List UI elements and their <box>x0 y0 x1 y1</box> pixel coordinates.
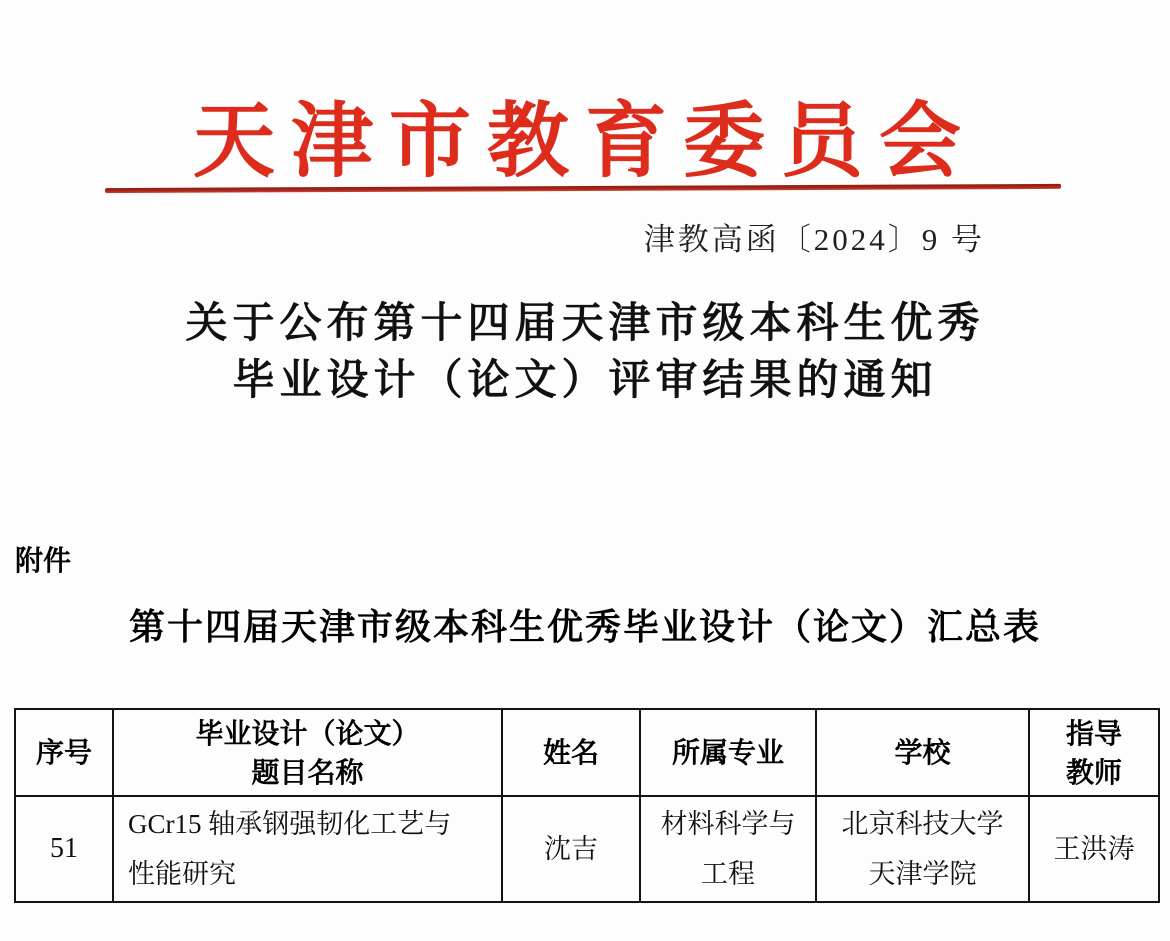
document-number: 津教高函〔2024〕9 号 <box>644 214 985 259</box>
attachment-label: 附件 <box>15 539 71 579</box>
header-school: 学校 <box>816 709 1029 796</box>
summary-table-title: 第十四届天津市级本科生优秀毕业设计（论文）汇总表 <box>0 599 1170 650</box>
summary-table: 序号 毕业设计（论文） 题目名称 姓名 所属专业 学校 指导 教师 51 GCr… <box>14 708 1160 903</box>
header-name: 姓名 <box>502 709 640 796</box>
table-row: 51 GCr15 轴承钢强韧化工艺与 性能研究 沈吉 材料科学与 工程 北京科技… <box>15 796 1159 902</box>
header-thesis-title: 毕业设计（论文） 题目名称 <box>113 709 502 796</box>
notice-title: 关于公布第十四届天津市级本科生优秀 毕业设计（论文）评审结果的通知 <box>0 296 1170 410</box>
cell-seq: 51 <box>15 796 113 902</box>
header-major: 所属专业 <box>640 709 816 796</box>
cell-name: 沈吉 <box>502 796 640 902</box>
cell-advisor: 王洪涛 <box>1029 796 1159 902</box>
cell-thesis-title: GCr15 轴承钢强韧化工艺与 性能研究 <box>113 796 502 902</box>
agency-letterhead-title: 天津市教育委员会 <box>0 76 1170 193</box>
header-advisor: 指导 教师 <box>1029 709 1159 796</box>
cell-major: 材料科学与 工程 <box>640 796 816 902</box>
header-seq: 序号 <box>15 709 113 796</box>
table-header-row: 序号 毕业设计（论文） 题目名称 姓名 所属专业 学校 指导 教师 <box>15 709 1159 796</box>
document-page: 天津市教育委员会 津教高函〔2024〕9 号 关于公布第十四届天津市级本科生优秀… <box>0 0 1170 941</box>
cell-school: 北京科技大学 天津学院 <box>816 796 1029 902</box>
